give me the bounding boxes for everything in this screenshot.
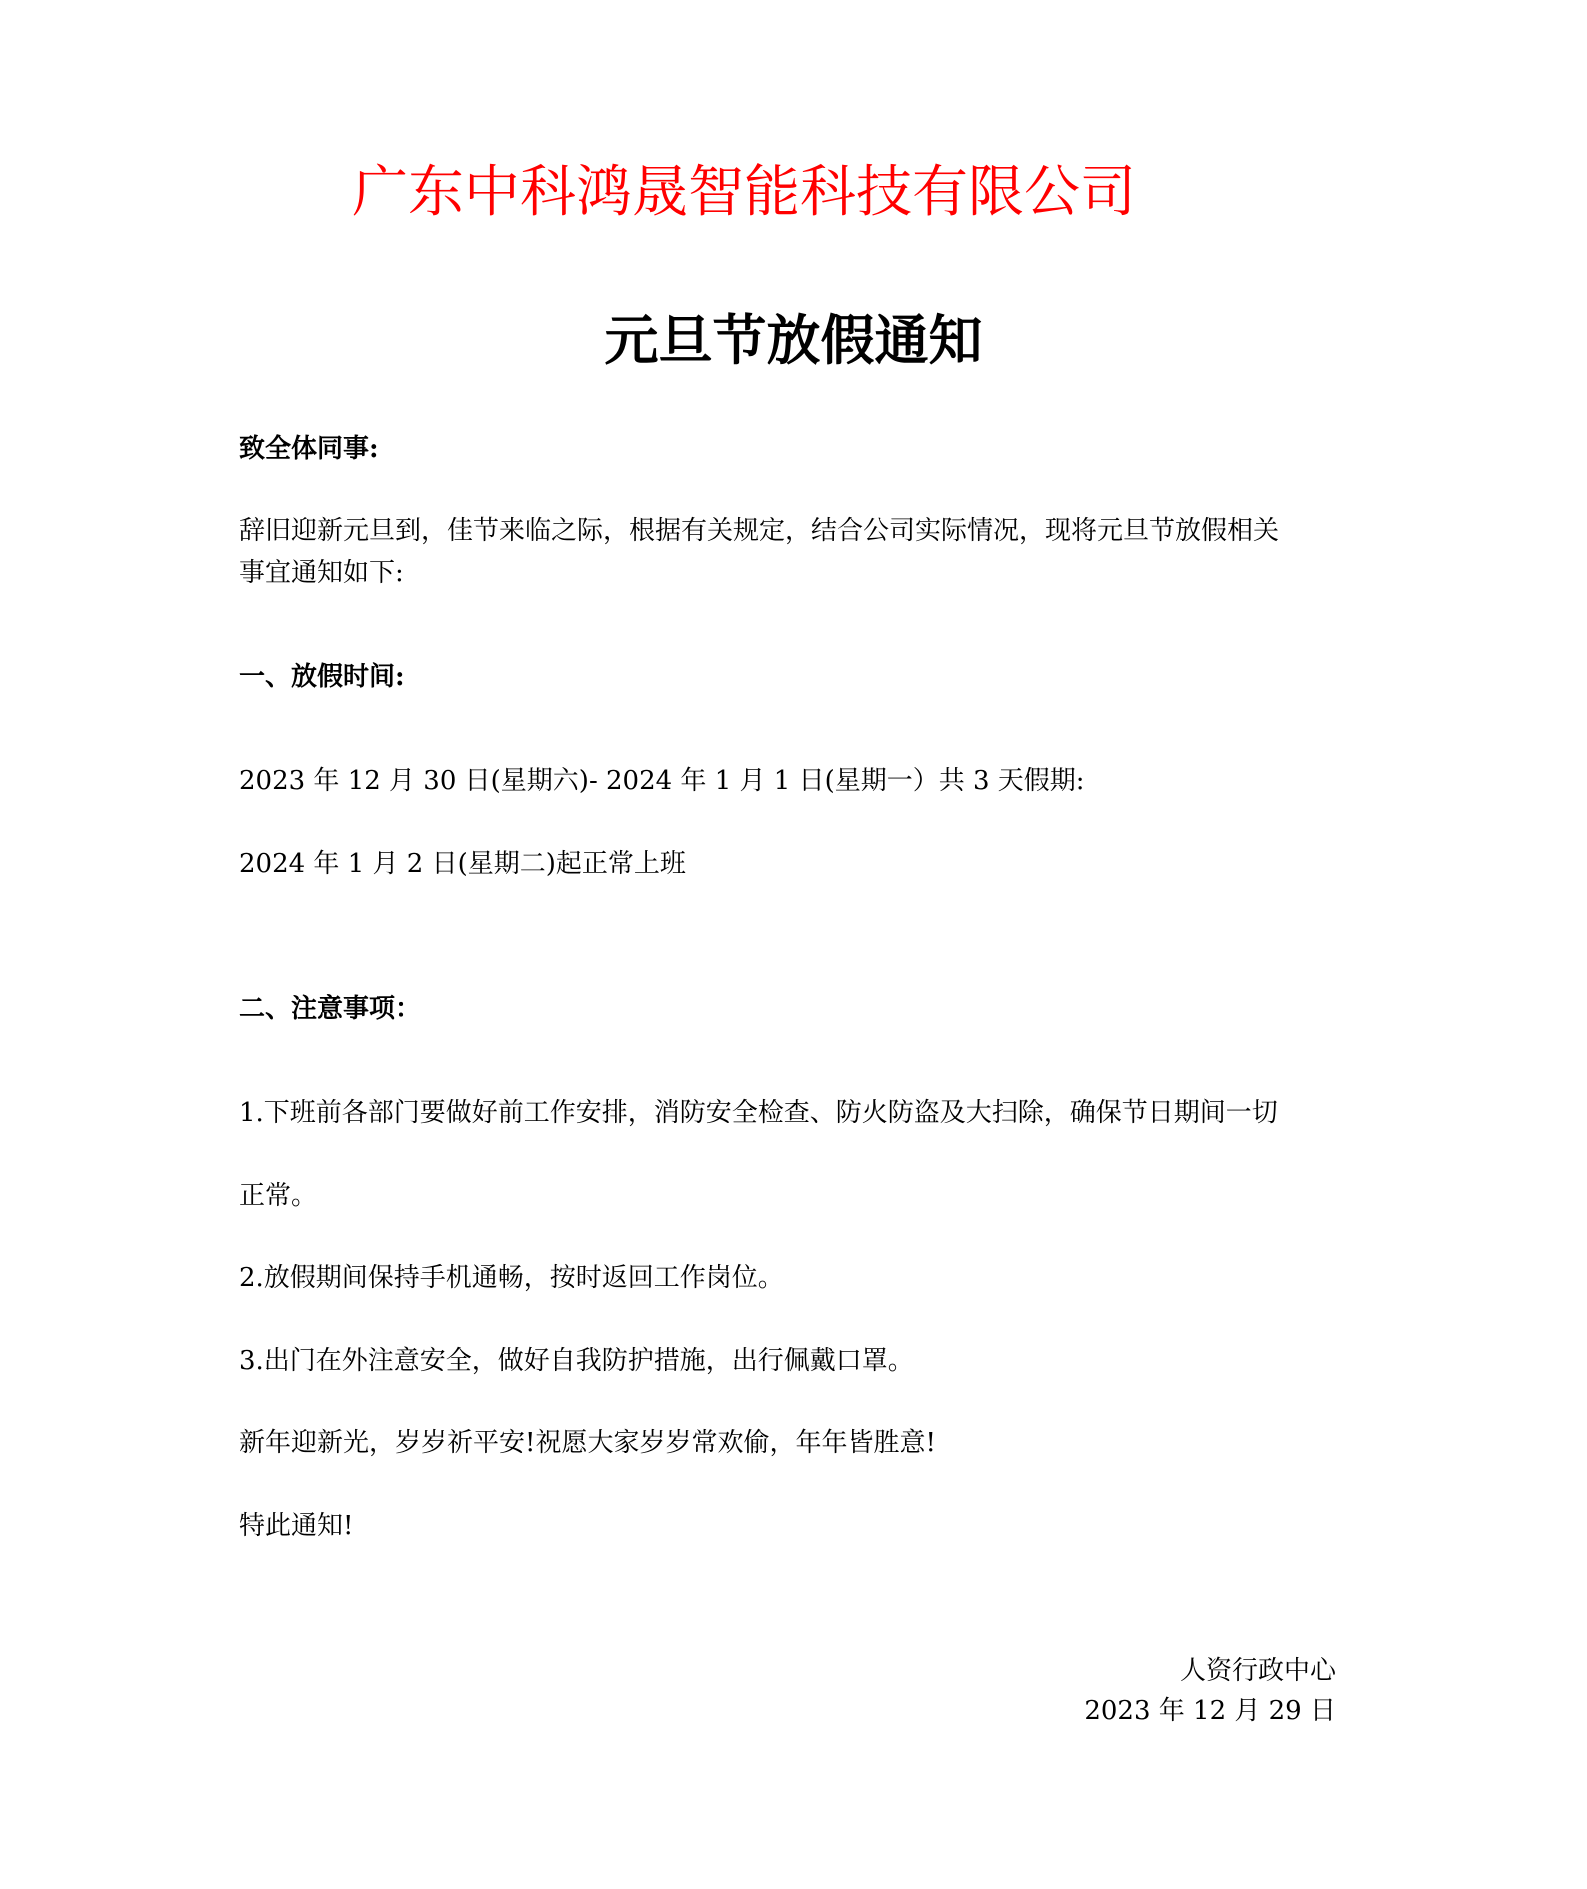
note-item-1-line-1: 1.下班前各部门要做好前工作安排，消防安全检查、防火防盗及大扫除，确保节日期间一…	[239, 1092, 1278, 1129]
closing-text: 特此通知!	[239, 1505, 353, 1542]
intro-paragraph-line-1: 辞旧迎新元旦到，佳节来临之际，根据有关规定，结合公司实际情况，现将元旦节放假相关	[239, 510, 1279, 547]
return-to-work-date: 2024 年 1 月 2 日(星期二)起正常上班	[239, 843, 686, 880]
note-item-3: 3.出门在外注意安全，做好自我防护措施，出行佩戴口罩。	[239, 1340, 914, 1377]
note-item-2: 2.放假期间保持手机通畅，按时返回工作岗位。	[239, 1257, 784, 1294]
blessing-text: 新年迎新光，岁岁祈平安!祝愿大家岁岁常欢偷，年年皆胜意!	[239, 1422, 936, 1459]
section-heading-notes: 二、注意事项：	[239, 988, 421, 1025]
intro-paragraph-line-2: 事宜通知如下:	[239, 552, 404, 589]
signature-department: 人资行政中心	[1180, 1650, 1336, 1687]
note-item-1-line-2: 正常。	[239, 1175, 317, 1212]
notice-title: 元旦节放假通知	[0, 298, 1587, 375]
salutation: 致全体同事:	[239, 428, 379, 465]
holiday-period: 2023 年 12 月 30 日(星期六)- 2024 年 1 月 1 日(星期…	[239, 760, 1085, 797]
signature-date: 2023 年 12 月 29 日	[1084, 1690, 1336, 1727]
company-name: 广东中科鸿晟智能科技有限公司	[352, 148, 1136, 228]
section-heading-holiday-time: 一、放假时间:	[239, 656, 405, 693]
